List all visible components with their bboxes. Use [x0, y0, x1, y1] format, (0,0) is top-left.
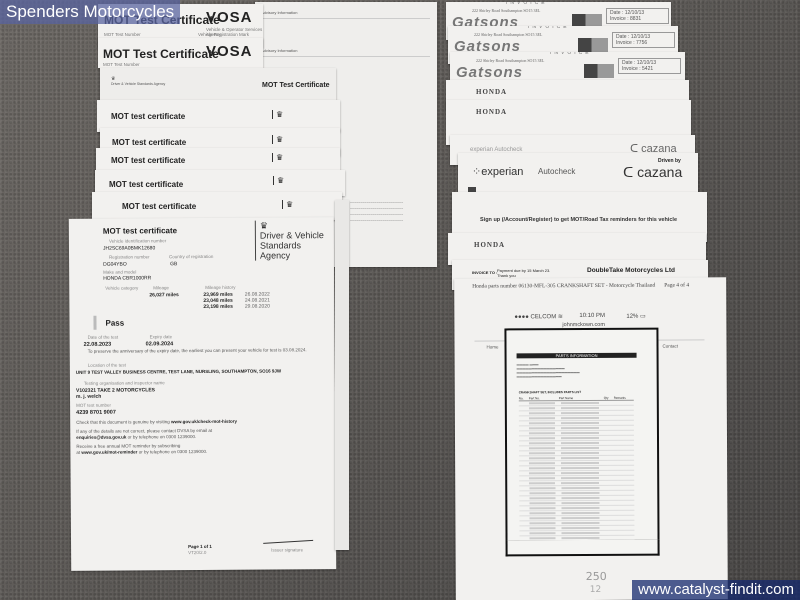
honda-logo: HONDA [474, 241, 505, 249]
vin-value: JH2SC69A0BMK12680 [103, 245, 155, 251]
column-header: Part No. [529, 396, 559, 400]
invoice-info-box: Date : 12/10/13 Invoice : 5421 [618, 58, 681, 74]
reg-label: Registration number [109, 254, 150, 259]
column-header: Qty [604, 396, 614, 400]
invoice-heading: INVOICE [528, 26, 570, 30]
honda-logo: HONDA [476, 108, 507, 116]
printout-header: Honda parts number 06130-MFL-305 CRANKSH… [472, 283, 655, 290]
invoice-brand-logo: Gatsons [456, 64, 523, 81]
strip-title: MOT test certificate [111, 156, 185, 165]
field-label: Vehicle Registration Mark [198, 32, 249, 37]
crest-icon: ♛ [260, 220, 324, 230]
invoice-address: 222 Shirley Road Southampton SO15 3EL [472, 8, 540, 13]
autocheck-label: Autocheck [538, 167, 575, 176]
history-row: 23,198 miles29.08.2020 [203, 304, 270, 310]
invoice-heading: INVOICE [506, 2, 548, 6]
pass-marker [93, 316, 96, 330]
advisory-label-1: Advisory Information [261, 10, 297, 15]
crest-icon: ♛ [282, 200, 293, 209]
location-value: UNIT 9 TEST VALLEY BUSINESS CENTRE, TEST… [76, 368, 281, 374]
crest-icon: ♛ [272, 135, 283, 144]
invoice-number: Invoice : 5421 [622, 66, 677, 72]
wifi-icon: ≋ [558, 314, 563, 320]
form-code: VT20/2.0 [188, 550, 206, 555]
signup-link[interactable]: Sign up (/Account/Register) to get MOT/R… [480, 217, 677, 223]
mot-strip-5: MOT test certificate ♛ [92, 192, 342, 220]
watermark-top: Spenders Motorcycles [0, 0, 180, 24]
parts-printout: Honda parts number 06130-MFL-305 CRANKSH… [454, 277, 728, 600]
invoice-logo-icon [584, 64, 614, 78]
invoice-heading: INVOICE [550, 52, 592, 56]
contact-email[interactable]: enquiries@dvsa.gov.uk [76, 435, 126, 440]
field-label: MOT Test Number [104, 32, 141, 37]
nav-contact[interactable]: Contact [663, 344, 679, 349]
strip-title-main: MOT Test Certificate [262, 82, 330, 89]
test-date-value: 22.08.2023 [84, 342, 112, 348]
history-miles: 23,198 miles [203, 304, 233, 310]
invoice-logo-icon [578, 38, 608, 52]
expiry-value: 02.09.2024 [146, 341, 174, 347]
mileage-label: Mileage [153, 285, 169, 290]
mileage-value: 26,027 miles [149, 292, 179, 298]
check-line: Check that this document is genuine by v… [76, 419, 237, 425]
phone-status-bar: ●●●● CELCOM ≋ [514, 313, 563, 320]
main-mot-certificate: MOT test certificate ♛ Driver & Vehicle … [69, 217, 336, 571]
table-title: CRANKSHAFT SET, INCLUDES PARTS LIST [519, 390, 581, 394]
crest-icon: ♛ [273, 176, 284, 185]
autocheck-sheet-2: ⁘experian Autocheck Driven by ᑕ cazana [458, 153, 698, 195]
parts-table [519, 401, 635, 552]
crest-icon: ♛Driver & Vehicle Standards Agency [108, 77, 165, 87]
underlying-sheet-edge [335, 200, 349, 550]
experian-logo: ⁘experian [472, 165, 523, 178]
mileage-history: 23,969 miles26.08.202223,048 miles24.08.… [203, 292, 270, 310]
agency-line: Driver & Vehicle [260, 230, 324, 240]
handwritten-note: 250 [586, 570, 607, 583]
vosa-logo-1: VOSA [206, 9, 253, 26]
watermark-bottom: www.catalyst-findit.com [632, 580, 800, 600]
strip-title: MOT test certificate [112, 138, 186, 147]
make-value: HONDA CBR1000RR [103, 275, 151, 281]
invoice-info-box: Date : 12/10/13 Invoice : 8831 [606, 8, 669, 24]
handwritten-note: 12 [590, 585, 602, 595]
vosa-title-2: MOT Test Certificate [103, 47, 219, 61]
signature-label: Issuer signature [271, 547, 303, 552]
strip-title: MOT test certificate [111, 112, 185, 121]
vin-label: Vehicle identification number [109, 238, 166, 243]
history-label: Mileage history [205, 285, 235, 290]
column-header: Remarks [614, 396, 634, 400]
reminder-text: Receive a free annual MOT reminder by su… [76, 443, 180, 449]
reminder-link[interactable]: www.gov.uk/mot-reminder [81, 449, 137, 454]
nav-home[interactable]: Home [487, 344, 499, 349]
vosa-logo-2: VOSA [206, 43, 253, 60]
cazana-logo: ᑕ cazana [623, 164, 682, 181]
test-result: Pass [105, 319, 124, 328]
invoice-to-label: INVOICE TO : [472, 270, 497, 275]
battery-status: 12% ▭ [626, 313, 645, 320]
reminder-line: at www.gov.uk/mot-reminder or by telepho… [76, 449, 207, 455]
phone-time: 10:10 PM [579, 313, 605, 319]
experian-dots-icon: ⁘ [472, 166, 481, 178]
country-value: GB [170, 261, 177, 267]
country-label: Country of registration [169, 254, 213, 259]
section-bar: PARTS INFORMATION [517, 353, 637, 359]
printout-page: Page 4 of 4 [664, 282, 689, 288]
make-label: Make and model [103, 269, 136, 274]
org-label: Testing organisation and inspector name [84, 380, 165, 386]
location-label: Location of the test [88, 363, 126, 368]
advisory-fineprint: ~~~~~~~~~~~~~~~~~~~~~~~~~~~~~~~~~~~~~~~~… [350, 200, 430, 224]
field-label: MOT Test Number [103, 62, 140, 67]
contact-phone: or by telephone on 0300 1239000. [128, 434, 197, 439]
contact-line: enquiries@dvsa.gov.uk or by telephone on… [76, 434, 196, 440]
contact-text: If any of the details are not correct, p… [76, 428, 212, 434]
reg-value: DG04YBO [103, 262, 127, 268]
screenshot-footer [506, 540, 660, 557]
certificate-title: MOT test certificate [103, 226, 177, 236]
signal-icon: ●●●● [514, 314, 529, 320]
vosa-certificate-2: MOT Test Certificate VOSA MOT Test Numbe… [98, 38, 263, 68]
strip-title: MOT test certificate [109, 180, 183, 189]
reminder-phone: or by telephone on 0300 1239000. [139, 449, 208, 454]
invoice-number: Invoice : 8831 [610, 16, 665, 22]
expiry-label: Expiry date [150, 334, 173, 339]
agency-line: Agency [260, 250, 324, 260]
history-date: 29.08.2020 [245, 304, 270, 310]
agency-line: Standards [260, 240, 324, 250]
test-number-value: 4239 8701 9007 [76, 410, 116, 416]
crest-icon: ♛ [272, 153, 283, 162]
column-header: No. [519, 396, 529, 400]
payment-note: Payment due by 15 March 23. Thank you [497, 268, 557, 278]
check-link[interactable]: www.gov.uk/check-mot-history [171, 419, 237, 424]
dvsa-logo: ♛ Driver & Vehicle Standards Agency [255, 220, 324, 260]
company-name: DoubleTake Motorcycles Ltd [587, 267, 675, 274]
crest-icon: ♛ [272, 110, 283, 119]
parts-notes: ▬▬▬▬ ▬▬▬▬▬▬▬▬▬▬▬▬▬▬▬▬▬▬▬▬▬▬▬▬▬▬▬▬▬▬▬▬▬▬▬… [517, 362, 637, 379]
invoice-address: 222 Shirley Road Southampton SO15 3EL [474, 32, 542, 37]
battery-icon: ▭ [640, 314, 646, 320]
inspector-value: m. j. welch [76, 394, 101, 400]
test-number-label: MOT test number [76, 403, 111, 408]
invoice-number: Invoice : 7756 [616, 40, 671, 46]
strip-title: MOT test certificate [122, 202, 196, 211]
advisory-label-2: Advisory Information [261, 48, 297, 53]
page-number: Page 1 of 1 [188, 544, 212, 549]
agency-label: Driver & Vehicle Standards Agency [111, 82, 165, 86]
category-label: Vehicle category [105, 285, 138, 290]
signature-scribble [263, 534, 313, 544]
invoice-address: 222 Shirley Road Southampton SO15 3EL [476, 58, 544, 63]
test-date-label: Date of the test [88, 335, 119, 340]
column-header: Part Name [559, 396, 604, 400]
parts-screenshot: PARTS INFORMATION ▬▬▬▬ ▬▬▬▬▬▬▬▬▬▬▬▬▬▬▬▬▬… [504, 328, 659, 543]
invoice-info-box: Date : 12/10/13 Invoice : 7756 [612, 32, 675, 48]
honda-logo: HONDA [476, 88, 507, 96]
preserve-note: To preserve the anniversary of the expir… [88, 347, 313, 355]
check-text: Check that this document is genuine by v… [76, 419, 170, 425]
